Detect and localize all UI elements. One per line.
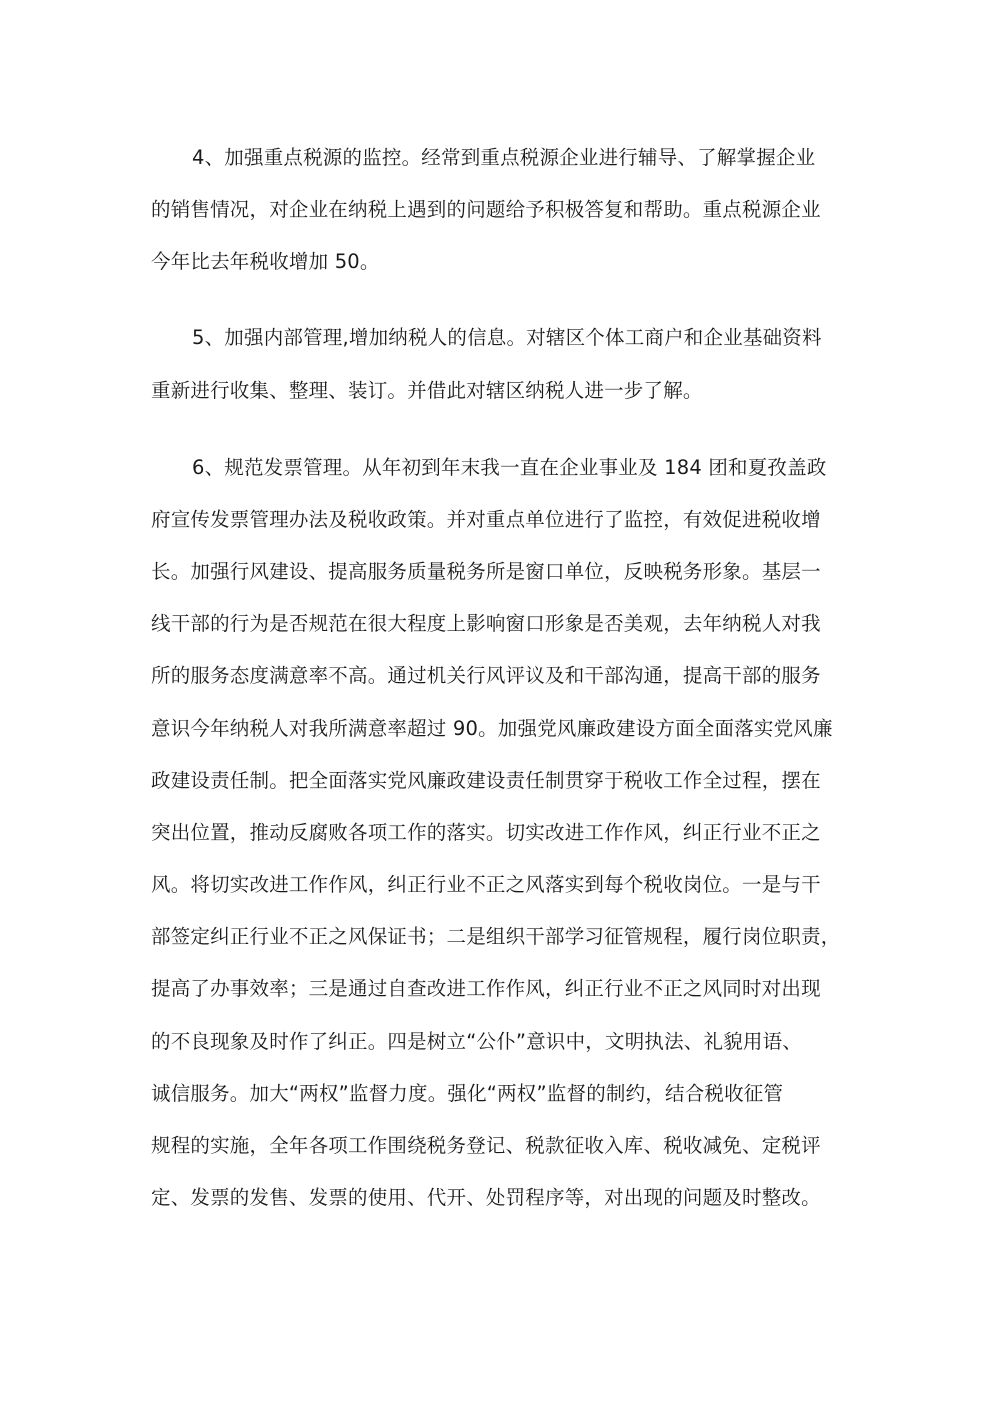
text-line: 突出位置，推动反腐败各项工作的落实。切实改进工作作风，纠正行业不正之 <box>151 820 841 846</box>
document-page: 4、加强重点税源的监控。经常到重点税源企业进行辅导、了解掌握企业 的销售情况，对… <box>0 0 1000 1415</box>
text-line: 所的服务态度满意率不高。通过机关行风评议及和干部沟通，提高干部的服务 <box>151 663 841 689</box>
text-line: 5、加强内部管理,增加纳税人的信息。对辖区个体工商户和企业基础资料 <box>192 325 882 351</box>
text-line: 线干部的行为是否规范在很大程度上影响窗口形象是否美观，去年纳税人对我 <box>151 611 841 637</box>
text-line: 提高了办事效率；三是通过自查改进工作作风，纠正行业不正之风同时对出现 <box>151 976 841 1002</box>
text-line: 6、规范发票管理。从年初到年末我一直在企业事业及 184 团和夏孜盖政 <box>192 455 882 481</box>
text-line: 意识今年纳税人对我所满意率超过 90。加强党风廉政建设方面全面落实党风廉 <box>151 716 841 742</box>
text-line: 风。将切实改进工作作风，纠正行业不正之风落实到每个税收岗位。一是与干 <box>151 872 841 898</box>
text-line: 诚信服务。加大“两权”监督力度。强化“两权”监督的制约，结合税收征管 <box>151 1081 841 1107</box>
text-line: 部签定纠正行业不正之风保证书；二是组织干部学习征管规程，履行岗位职责， <box>151 924 841 950</box>
text-line: 4、加强重点税源的监控。经常到重点税源企业进行辅导、了解掌握企业 <box>192 145 882 171</box>
text-line: 政建设责任制。把全面落实党风廉政建设责任制贯穿于税收工作全过程，摆在 <box>151 768 841 794</box>
text-line: 的销售情况，对企业在纳税上遇到的问题给予积极答复和帮助。重点税源企业 <box>151 197 841 223</box>
text-line: 规程的实施，全年各项工作围绕税务登记、税款征收入库、税收减免、定税评 <box>151 1133 841 1159</box>
text-line: 今年比去年税收增加 50。 <box>151 249 841 275</box>
text-line: 定、发票的发售、发票的使用、代开、处罚程序等，对出现的问题及时整改。 <box>151 1185 841 1211</box>
text-line: 的不良现象及时作了纠正。四是树立“公仆”意识中，文明执法、礼貌用语、 <box>151 1029 841 1055</box>
text-line: 府宣传发票管理办法及税收政策。并对重点单位进行了监控，有效促进税收增 <box>151 507 841 533</box>
text-line: 长。加强行风建设、提高服务质量税务所是窗口单位，反映税务形象。基层一 <box>151 559 841 585</box>
text-line: 重新进行收集、整理、装订。并借此对辖区纳税人进一步了解。 <box>151 378 841 404</box>
